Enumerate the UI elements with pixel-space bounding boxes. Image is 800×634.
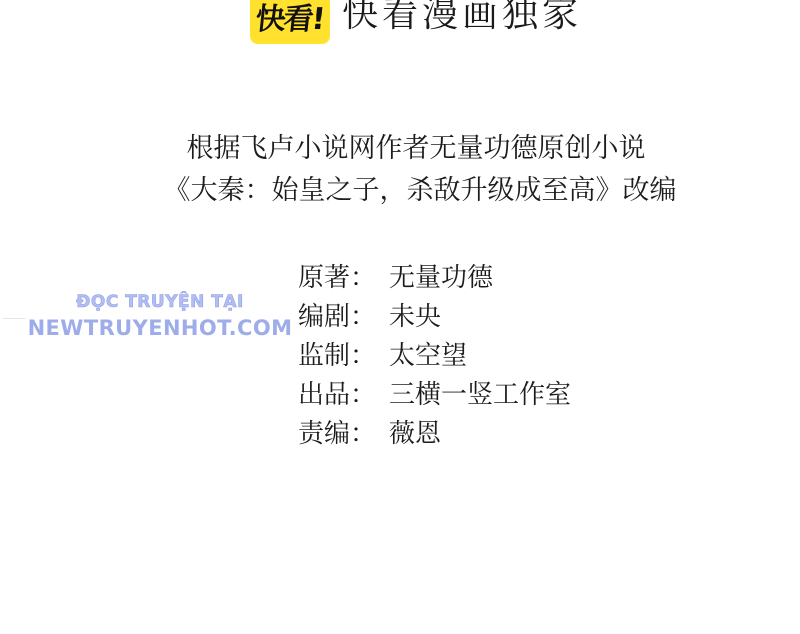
credit-label: 监制：: [298, 335, 389, 372]
credit-row-editor: 责编： 薇恩: [298, 412, 571, 451]
credit-label: 出品：: [298, 374, 389, 411]
watermark: ĐỌC TRUYỆN TẠI NEWTRUYENHOT.COM: [22, 292, 298, 340]
watermark-bottom-text: NEWTRUYENHOT.COM: [22, 316, 298, 340]
credit-value: 太空望: [389, 335, 467, 372]
credit-row-original-author: 原著： 无量功德: [298, 256, 571, 295]
credits-list: 原著： 无量功德 编剧： 未央 监制： 太空望 出品： 三横一竖工作室 责编： …: [298, 256, 571, 451]
credit-label: 原著：: [298, 257, 389, 294]
kuaikan-logo: 快看!: [250, 0, 330, 44]
credit-value: 未央: [389, 296, 441, 333]
credit-row-producer: 出品： 三横一竖工作室: [298, 373, 571, 412]
credit-row-supervisor: 监制： 太空望: [298, 334, 571, 373]
credit-value: 三横一竖工作室: [389, 374, 571, 411]
credit-label: 编剧：: [298, 296, 389, 333]
credit-label: 责编：: [298, 413, 389, 450]
source-line-1: 根据飞卢小说网作者无量功德原创小说: [16, 126, 800, 165]
logo-text: 快看!: [254, 0, 326, 38]
source-line-2: 《大秦：始皇之子，杀敌升级成至高》改编: [20, 168, 800, 207]
credit-value: 无量功德: [389, 257, 493, 294]
brand-title: 快看漫画独家: [342, 0, 582, 37]
credit-row-screenwriter: 编剧： 未央: [298, 295, 571, 334]
credit-value: 薇恩: [389, 413, 441, 450]
watermark-top-text: ĐỌC TRUYỆN TẠI: [22, 292, 298, 312]
